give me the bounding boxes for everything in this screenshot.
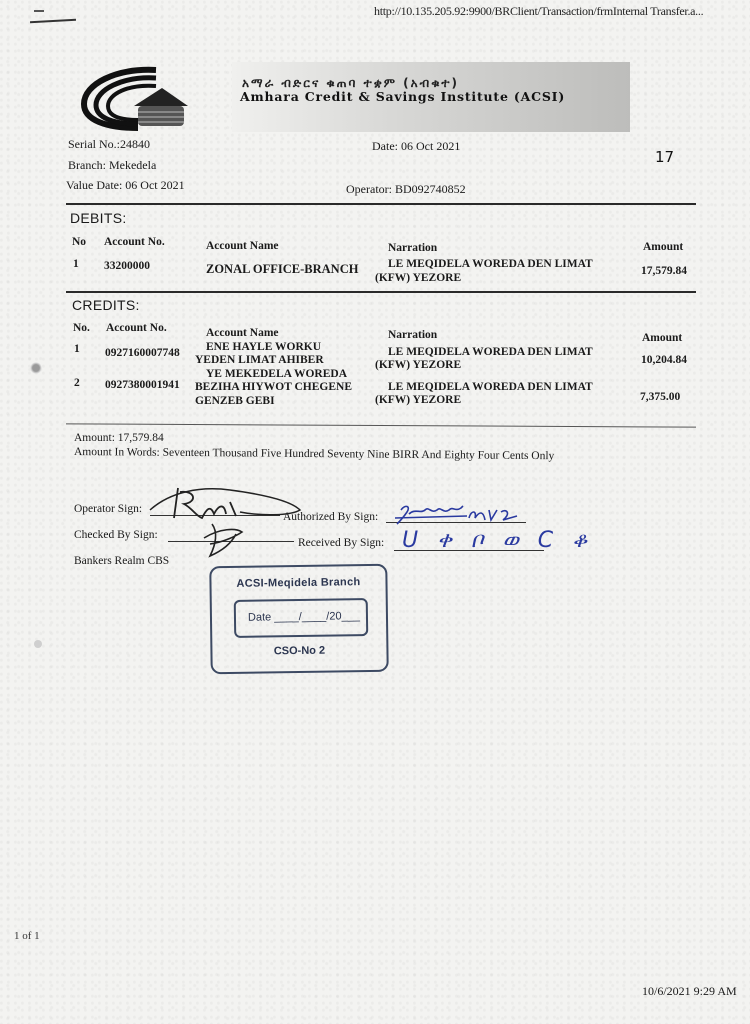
page-count: 1 of 1 (14, 930, 40, 942)
credit-row-no: 1 (74, 343, 80, 355)
credit-row-narration-1: LE MEQIDELA WOREDA DEN LIMAT (388, 381, 593, 393)
credit-row-account-name-2: YEDEN LIMAT AHIBER (195, 354, 324, 366)
operator-sign-label: Operator Sign: (74, 503, 142, 515)
debits-col-narration: Narration (388, 242, 437, 254)
credit-row-narration-2: (KFW) YEZORE (375, 359, 461, 371)
credit-row-narration-2: (KFW) YEZORE (375, 394, 461, 406)
transaction-date: Date: 06 Oct 2021 (372, 139, 460, 154)
received-signature: U ቀ ቦ ወ C ቆ (402, 528, 593, 553)
branch: Branch: Mekedela (68, 158, 156, 173)
divider (66, 423, 696, 427)
operator-id: Operator: BD092740852 (346, 182, 466, 197)
credit-row-account-name-3: GENZEB GEBI (195, 395, 275, 407)
credits-col-no: No. (73, 322, 90, 334)
value-date: Value Date: 06 Oct 2021 (66, 178, 185, 193)
credit-row-narration-1: LE MEQIDELA WOREDA DEN LIMAT (388, 346, 593, 358)
stamp-date-box: Date ____/____/20___ (234, 598, 369, 638)
institution-banner: አማራ ብድርና ቁጠባ ተቋም (አብቁተ) Amhara Credit & … (232, 62, 630, 132)
amount-in-words: Amount In Words: Seventeen Thousand Five… (74, 446, 554, 462)
operator-signature-icon (140, 480, 310, 560)
credit-row-account-name-2: BEZIHA HIYWOT CHEGENE (195, 381, 352, 393)
credits-col-amount: Amount (642, 332, 682, 344)
credit-row-account-name-1: YE MEKEDELA WOREDA (206, 368, 347, 380)
credit-row-amount: 10,204.84 (641, 354, 687, 366)
stamp-cso-number: CSO-No 2 (212, 644, 386, 658)
debit-row-account-name: ZONAL OFFICE-BRANCH (206, 263, 358, 275)
serial-no: Serial No.:24840 (68, 137, 150, 152)
debits-col-no: No (72, 236, 86, 248)
branch-stamp: ACSI-Meqidela Branch Date ____/____/20__… (209, 564, 388, 674)
received-sign-label: Received By Sign: (298, 537, 384, 549)
divider (66, 203, 696, 205)
handwritten-number: 17 (655, 148, 674, 166)
credits-col-account-no: Account No. (106, 322, 167, 334)
pen-mark (30, 19, 76, 23)
print-timestamp: 10/6/2021 9:29 AM (642, 984, 737, 999)
institution-name-english: Amhara Credit & Savings Institute (ACSI) (240, 89, 565, 104)
pen-mark (34, 10, 44, 12)
credit-row-account-no: 0927380001941 (105, 379, 180, 391)
credit-row-account-name-1: ENE HAYLE WORKU (206, 341, 321, 353)
credits-col-account-name: Account Name (206, 327, 279, 339)
credit-row-no: 2 (74, 377, 80, 389)
debit-row-narration-2: (KFW) YEZORE (375, 272, 461, 284)
authorized-signature-icon (395, 500, 535, 530)
debits-col-amount: Amount (643, 241, 683, 253)
debit-row-no: 1 (73, 258, 79, 270)
total-amount: Amount: 17,579.84 (74, 432, 164, 444)
punch-hole (30, 362, 42, 374)
debit-row-account-no: 33200000 (104, 260, 150, 272)
credit-row-amount: 7,375.00 (640, 391, 680, 403)
acsi-logo-icon (76, 62, 196, 134)
print-url: http://10.135.205.92:9900/BRClient/Trans… (374, 4, 703, 19)
debit-row-amount: 17,579.84 (641, 265, 687, 277)
divider (66, 291, 696, 293)
credit-row-account-no: 0927160007748 (105, 347, 180, 359)
credits-title: CREDITS: (72, 297, 140, 313)
debits-col-account-name: Account Name (206, 240, 279, 252)
punch-hole (34, 640, 42, 648)
stamp-date: Date ____/____/20___ (248, 610, 360, 624)
credits-col-narration: Narration (388, 329, 437, 341)
debits-col-account-no: Account No. (104, 236, 165, 248)
stamp-title: ACSI-Meqidela Branch (211, 576, 385, 590)
debit-row-narration-1: LE MEQIDELA WOREDA DEN LIMAT (388, 258, 593, 270)
debits-title: DEBITS: (70, 210, 127, 226)
